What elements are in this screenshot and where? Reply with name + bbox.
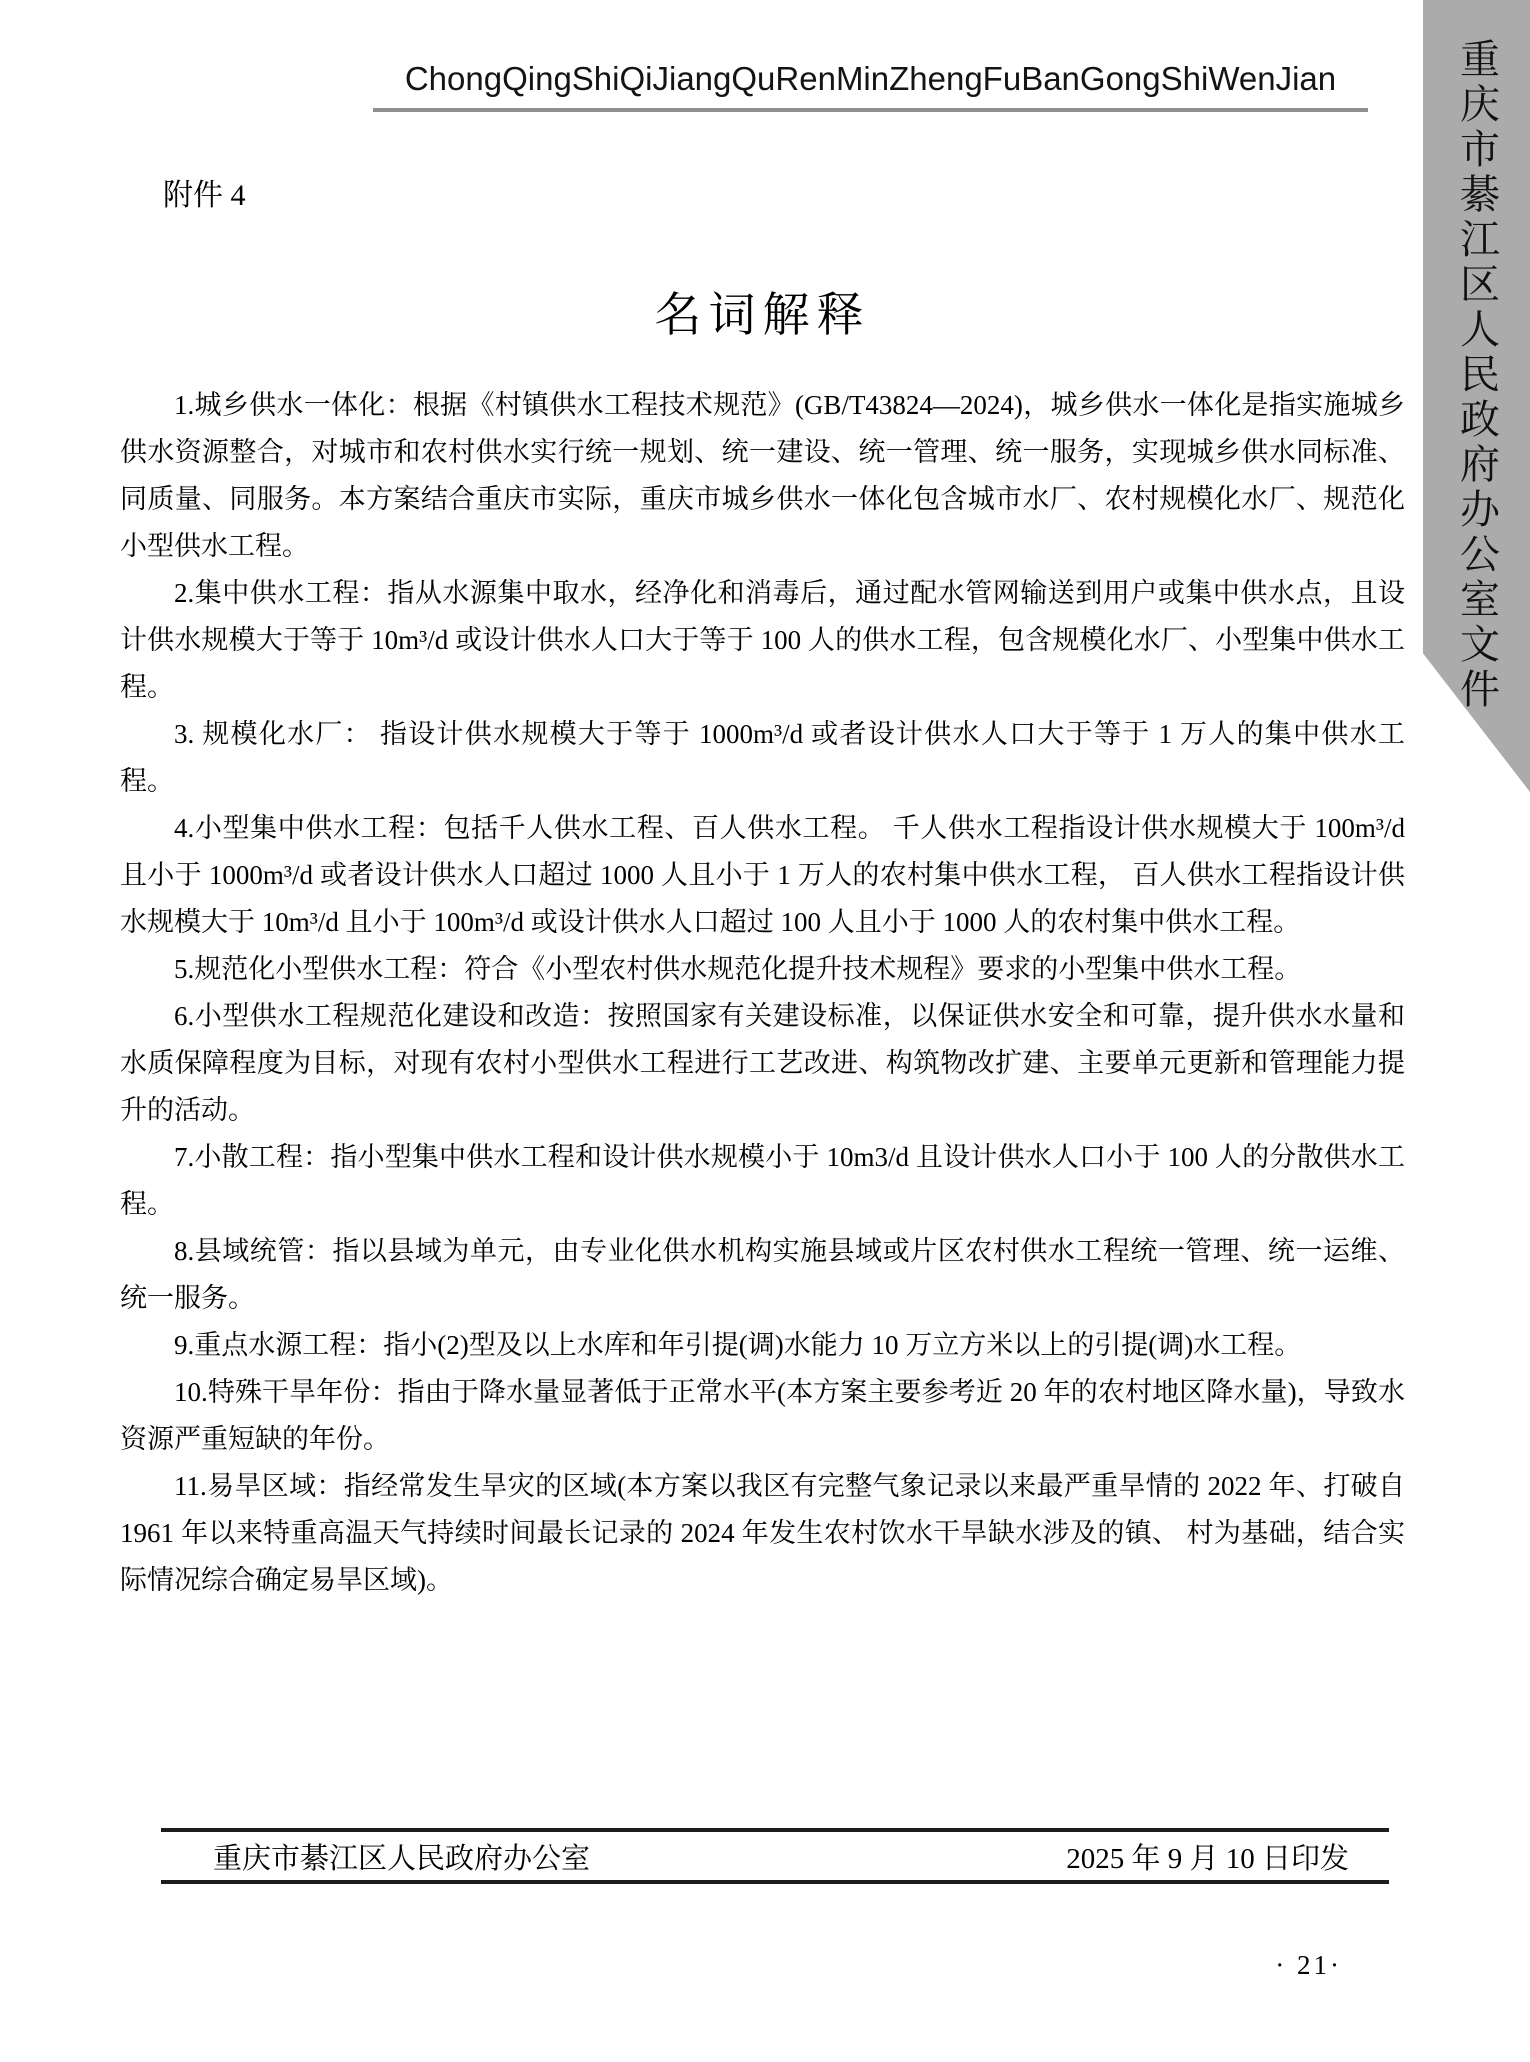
definition-paragraph: 9.重点水源工程：指小(2)型及以上水库和年引提(调)水能力 10 万立方米以上…: [120, 1322, 1405, 1369]
definition-paragraph: 11.易旱区域：指经常发生旱灾的区域(本方案以我区有完整气象记录以来最严重旱情的…: [120, 1463, 1405, 1604]
document-page: ChongQingShiQiJiangQuRenMinZhengFuBanGon…: [0, 0, 1530, 2062]
side-banner: 重庆市綦江区人民政府办公室文件: [1423, 0, 1530, 792]
definition-paragraph: 6.小型供水工程规范化建设和改造：按照国家有关建设标准，以保证供水安全和可靠，提…: [120, 993, 1405, 1134]
definition-paragraph: 8.县域统管：指以县域为单元，由专业化供水机构实施县域或片区农村供水工程统一管理…: [120, 1228, 1405, 1322]
definition-paragraph: 5.规范化小型供水工程：符合《小型农村供水规范化提升技术规程》要求的小型集中供水…: [120, 946, 1405, 993]
definition-paragraph: 2.集中供水工程：指从水源集中取水，经净化和消毒后，通过配水管网输送到用户或集中…: [120, 570, 1405, 711]
definition-paragraph: 1.城乡供水一体化：根据《村镇供水工程技术规范》(GB/T43824—2024)…: [120, 382, 1405, 570]
side-banner-text: 重庆市綦江区人民政府办公室文件: [1457, 38, 1497, 792]
definition-paragraph: 3. 规模化水厂： 指设计供水规模大于等于 1000m³/d 或者设计供水人口大…: [120, 711, 1405, 805]
definitions-list: 1.城乡供水一体化：根据《村镇供水工程技术规范》(GB/T43824—2024)…: [120, 382, 1405, 1604]
footer: 重庆市綦江区人民政府办公室 2025 年 9 月 10 日印发: [161, 1828, 1389, 1884]
page-number: · 21·: [1275, 1950, 1342, 1981]
page-title: 名词解释: [120, 278, 1405, 345]
attachment-label: 附件 4: [163, 170, 246, 214]
footer-issuer: 重庆市綦江区人民政府办公室: [213, 1836, 590, 1877]
definition-paragraph: 7.小散工程：指小型集中供水工程和设计供水规模小于 10m3/d 且设计供水人口…: [120, 1134, 1405, 1228]
header-pinyin: ChongQingShiQiJiangQuRenMinZhengFuBanGon…: [373, 60, 1368, 112]
definition-paragraph: 4.小型集中供水工程：包括千人供水工程、百人供水工程。 千人供水工程指设计供水规…: [120, 805, 1405, 946]
footer-print-date: 2025 年 9 月 10 日印发: [1066, 1836, 1349, 1877]
definition-paragraph: 10.特殊干旱年份：指由于降水量显著低于正常水平(本方案主要参考近 20 年的农…: [120, 1369, 1405, 1463]
